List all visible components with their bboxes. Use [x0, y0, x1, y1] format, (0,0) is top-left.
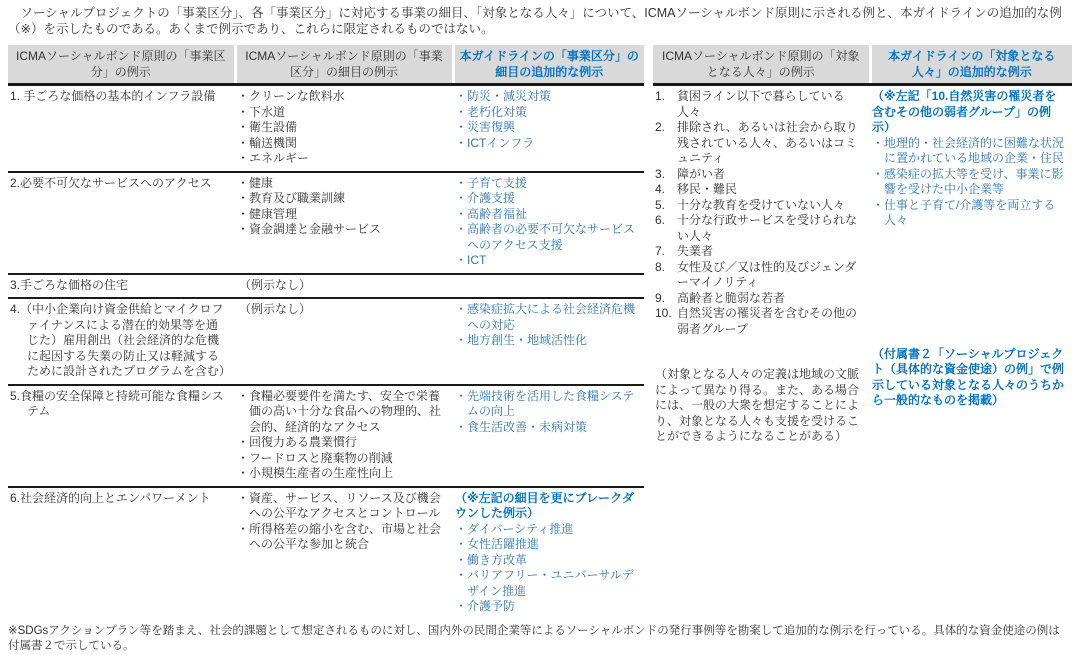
list-item: 防災・減災対策 — [455, 89, 639, 105]
people-examples-cell: 1.貧困ライン以下で暮らしている人々2.排除され、あるいは社会から取り残されてい… — [653, 85, 870, 449]
list-item: 介護予防 — [455, 599, 639, 615]
category-cell: 3.手ごろな価格の住宅 — [8, 274, 235, 299]
numbered-item: 5.十分な教育を受けていない人々 — [655, 198, 865, 214]
people-additional-cell: （※左記「10.自然災害の罹災者を含むその他の弱者グループ」の例示） 地理的・社… — [870, 85, 1072, 449]
header-row: ICMAソーシャルボンド原則の「事業区分」の例示 ICMAソーシャルボンド原則の… — [8, 45, 644, 85]
additional-items-cell: 子育て支援介護支援高齢者福祉高齢者の必要不可欠なサービスへのアクセス支援ICT — [453, 172, 644, 274]
item-text: 失業者 — [677, 244, 865, 260]
subitems-list: 健康教育及び職業訓練健康管理資金調達と金融サービス — [237, 176, 448, 238]
list-item: 災害復興 — [455, 120, 639, 136]
additional-items-list: 感染症拡大による社会経済危機への対応地方創生・地域活性化 — [455, 302, 639, 349]
table-row: 1. 手ごろな価格の基本的インフラ設備クリーンな飲料水下水道衛生設備輸送機関エネ… — [8, 85, 644, 172]
subitems-list: クリーンな飲料水下水道衛生設備輸送機関エネルギー — [237, 89, 448, 167]
list-item: 所得格差の縮小を含む、市場と社会への公平な参加と統合 — [237, 522, 448, 553]
list-item: 小規模生産者の生産性向上 — [237, 466, 448, 482]
table-row: 1.貧困ライン以下で暮らしている人々2.排除され、あるいは社会から取り残されてい… — [653, 85, 1072, 449]
list-item: バリアフリー・ユニバーサルデザイン推進 — [455, 568, 639, 599]
target-people-table: ICMAソーシャルボンド原則の「対象となる人々」の例示 本ガイドラインの「対象と… — [653, 45, 1072, 449]
table-row: 6.社会経済的向上とエンパワーメント資産、サービス、リソース及び機会への公平なア… — [8, 487, 644, 619]
list-item: 高齢者福祉 — [455, 207, 639, 223]
list-item: 感染症拡大による社会経済危機への対応 — [455, 302, 639, 333]
category-label: 2.必要不可欠なサービスへのアクセス — [10, 176, 230, 192]
subitems-list: 資産、サービス、リソース及び機会への公平なアクセスとコントロール所得格差の縮小を… — [237, 491, 448, 553]
category-label: 6.社会経済的向上とエンパワーメント — [10, 491, 230, 507]
list-item: 資金調達と金融サービス — [237, 222, 448, 238]
additional-items-cell: （※左記の細目を更にブレークダウンした例示）ダイバーシティ推進女性活躍推進働き方… — [453, 487, 644, 619]
numbered-item: 1.貧困ライン以下で暮らしている人々 — [655, 89, 865, 120]
list-item: 先端技術を活用した食糧システムの向上 — [455, 389, 639, 420]
item-text: 十分な行政サービスを受けられない人々 — [677, 213, 865, 244]
category-label: 3.手ごろな価格の住宅 — [10, 278, 230, 294]
item-number: 6. — [655, 213, 677, 244]
list-item: 地方創生・地域活性化 — [455, 333, 639, 349]
document-page: ソーシャルプロジェクトの「事業区分」、各「事業区分」に対応する事業の細目、「対象… — [0, 0, 1072, 655]
list-item: 下水道 — [237, 105, 448, 121]
header-icma-categories: ICMAソーシャルボンド原則の「事業区分」の例示 — [8, 45, 235, 85]
list-item: 健康 — [237, 176, 448, 192]
item-number: 3. — [655, 167, 677, 183]
no-example-note: （例示なし） — [237, 278, 448, 294]
list-item: 健康管理 — [237, 207, 448, 223]
breakdown-note: （※左記の細目を更にブレークダウンした例示） — [455, 491, 639, 522]
list-item: フードロスと廃棄物の削減 — [237, 451, 448, 467]
subitems-list: 食糧必要要件を満たす、安全で栄養価の高い十分な食品への物理的、社会的、経済的なア… — [237, 389, 448, 482]
subitems-cell: （例示なし） — [235, 298, 453, 385]
list-item: 子育て支援 — [455, 176, 639, 192]
item-text: 貧困ライン以下で暮らしている人々 — [677, 89, 865, 120]
item-number: 10. — [655, 306, 677, 337]
item-text: 排除され、あるいは社会から取り残されている人々、あるいはコミュニティ — [677, 120, 865, 167]
table-row: 5.食糧の安全保障と持続可能な食糧システム食糧必要要件を満たす、安全で栄養価の高… — [8, 385, 644, 487]
subitems-cell: クリーンな飲料水下水道衛生設備輸送機関エネルギー — [235, 85, 453, 172]
numbered-item: 8.女性及び／又は性的及びジェンダーマイノリティ — [655, 260, 865, 291]
subitems-cell: 食糧必要要件を満たす、安全で栄養価の高い十分な食品への物理的、社会的、経済的なア… — [235, 385, 453, 487]
subitems-cell: 健康教育及び職業訓練健康管理資金調達と金融サービス — [235, 172, 453, 274]
additional-items-cell: 感染症拡大による社会経済危機への対応地方創生・地域活性化 — [453, 298, 644, 385]
list-item: エネルギー — [237, 151, 448, 167]
numbered-item: 10.自然災害の罹災者を含むその他の弱者グループ — [655, 306, 865, 337]
people-definition-note: （対象となる人々の定義は地域の文脈によって異なり得る。また、ある場合には、一般の… — [655, 367, 865, 445]
header-icma-subitems: ICMAソーシャルボンド原則の「事業区分」の細目の例示 — [235, 45, 453, 85]
category-cell: 6.社会経済的向上とエンパワーメント — [8, 487, 235, 619]
category-cell: 5.食糧の安全保障と持続可能な食糧システム — [8, 385, 235, 487]
item-number: 2. — [655, 120, 677, 167]
item-text: 高齢者と脆弱な若者 — [677, 291, 865, 307]
subitems-cell: （例示なし） — [235, 274, 453, 299]
list-item: 衛生設備 — [237, 120, 448, 136]
numbered-item: 4.移民・難民 — [655, 182, 865, 198]
additional-items-cell: 防災・減災対策老朽化対策災害復興ICTインフラ — [453, 85, 644, 172]
item-text: 障がい者 — [677, 167, 865, 183]
item-number: 1. — [655, 89, 677, 120]
item-text: 自然災害の罹災者を含むその他の弱者グループ — [677, 306, 865, 337]
item-number: 9. — [655, 291, 677, 307]
additional-items-list: 先端技術を活用した食糧システムの向上食生活改善・未病対策 — [455, 389, 639, 436]
item-number: 7. — [655, 244, 677, 260]
item-number: 8. — [655, 260, 677, 291]
table-row: 4.（中小企業向け資金供給とマイクロファイナンスによる潜在的効果等を通じた）雇用… — [8, 298, 644, 385]
category-label: 5.食糧の安全保障と持続可能な食糧システム — [10, 389, 230, 420]
list-item: クリーンな飲料水 — [237, 89, 448, 105]
numbered-item: 9.高齢者と脆弱な若者 — [655, 291, 865, 307]
item-number: 4. — [655, 182, 677, 198]
header-icma-people: ICMAソーシャルボンド原則の「対象となる人々」の例示 — [653, 45, 870, 85]
list-item: 高齢者の必要不可欠なサービスへのアクセス支援 — [455, 222, 639, 253]
additional-items-cell: 先端技術を活用した食糧システムの向上食生活改善・未病対策 — [453, 385, 644, 487]
category-cell: 4.（中小企業向け資金供給とマイクロファイナンスによる潜在的効果等を通じた）雇用… — [8, 298, 235, 385]
no-example-note: （例示なし） — [237, 302, 448, 318]
list-item: 介護支援 — [455, 191, 639, 207]
list-item: 回復力ある農業慣行 — [237, 435, 448, 451]
list-item: 資産、サービス、リソース及び機会への公平なアクセスとコントロール — [237, 491, 448, 522]
list-item: 仕事と子育て/介護等を両立する人々 — [872, 198, 1067, 229]
list-item: 老朽化対策 — [455, 105, 639, 121]
list-item: 女性活躍推進 — [455, 537, 639, 553]
numbered-item: 2.排除され、あるいは社会から取り残されている人々、あるいはコミュニティ — [655, 120, 865, 167]
item-text: 十分な教育を受けていない人々 — [677, 198, 865, 214]
list-item: 輸送機関 — [237, 136, 448, 152]
numbered-item: 3.障がい者 — [655, 167, 865, 183]
additional-items-list: 子育て支援介護支援高齢者福祉高齢者の必要不可欠なサービスへのアクセス支援ICT — [455, 176, 639, 269]
item-text: 女性及び／又は性的及びジェンダーマイノリティ — [677, 260, 865, 291]
subitems-cell: 資産、サービス、リソース及び機会への公平なアクセスとコントロール所得格差の縮小を… — [235, 487, 453, 619]
item-number: 5. — [655, 198, 677, 214]
header-row: ICMAソーシャルボンド原則の「対象となる人々」の例示 本ガイドラインの「対象と… — [653, 45, 1072, 85]
header-guideline-subitems: 本ガイドラインの「事業区分」の細目の追加的な例示 — [453, 45, 644, 85]
header-guideline-people: 本ガイドラインの「対象となる人々」の追加的な例示 — [870, 45, 1072, 85]
table-row: 3.手ごろな価格の住宅（例示なし） — [8, 274, 644, 299]
list-item: 食生活改善・未病対策 — [455, 420, 639, 436]
list-item: 感染症の拡大等を受け、事業に影響を受けた中小企業等 — [872, 167, 1067, 198]
tables-container: ICMAソーシャルボンド原則の「事業区分」の例示 ICMAソーシャルボンド原則の… — [8, 45, 1064, 619]
additional-items-cell — [453, 274, 644, 299]
additional-people-note2: （付属書２「ソーシャルプロジェクト（具体的な資金使途）の例」で例示している対象と… — [872, 347, 1067, 409]
list-item: ダイバーシティ推進 — [455, 522, 639, 538]
intro-paragraph: ソーシャルプロジェクトの「事業区分」、各「事業区分」に対応する事業の細目、「対象… — [8, 5, 1064, 37]
numbered-item: 7.失業者 — [655, 244, 865, 260]
category-cell: 2.必要不可欠なサービスへのアクセス — [8, 172, 235, 274]
numbered-item: 6.十分な行政サービスを受けられない人々 — [655, 213, 865, 244]
additional-people-note1: （※左記「10.自然災害の罹災者を含むその他の弱者グループ」の例示） — [872, 89, 1067, 136]
list-item: ICTインフラ — [455, 136, 639, 152]
list-item: 地理的・社会経済的に困難な状況に置かれている地域の企業・住民 — [872, 136, 1067, 167]
list-item: 働き方改革 — [455, 553, 639, 569]
additional-items-list: 防災・減災対策老朽化対策災害復興ICTインフラ — [455, 89, 639, 151]
category-label: 1. 手ごろな価格の基本的インフラ設備 — [10, 89, 230, 105]
list-item: 教育及び職業訓練 — [237, 191, 448, 207]
list-item: ICT — [455, 253, 639, 269]
item-text: 移民・難民 — [677, 182, 865, 198]
business-categories-table: ICMAソーシャルボンド原則の「事業区分」の例示 ICMAソーシャルボンド原則の… — [8, 45, 644, 619]
table-row: 2.必要不可欠なサービスへのアクセス健康教育及び職業訓練健康管理資金調達と金融サ… — [8, 172, 644, 274]
category-cell: 1. 手ごろな価格の基本的インフラ設備 — [8, 85, 235, 172]
footnote: ※SDGsアクションプラン等を踏まえ、社会的課題として想定されるものに対し、国内… — [8, 624, 1064, 654]
additional-items-list: ダイバーシティ推進女性活躍推進働き方改革バリアフリー・ユニバーサルデザイン推進介… — [455, 522, 639, 615]
category-label: 4.（中小企業向け資金供給とマイクロファイナンスによる潜在的効果等を通じた）雇用… — [10, 302, 230, 380]
list-item: 食糧必要要件を満たす、安全で栄養価の高い十分な食品への物理的、社会的、経済的なア… — [237, 389, 448, 436]
